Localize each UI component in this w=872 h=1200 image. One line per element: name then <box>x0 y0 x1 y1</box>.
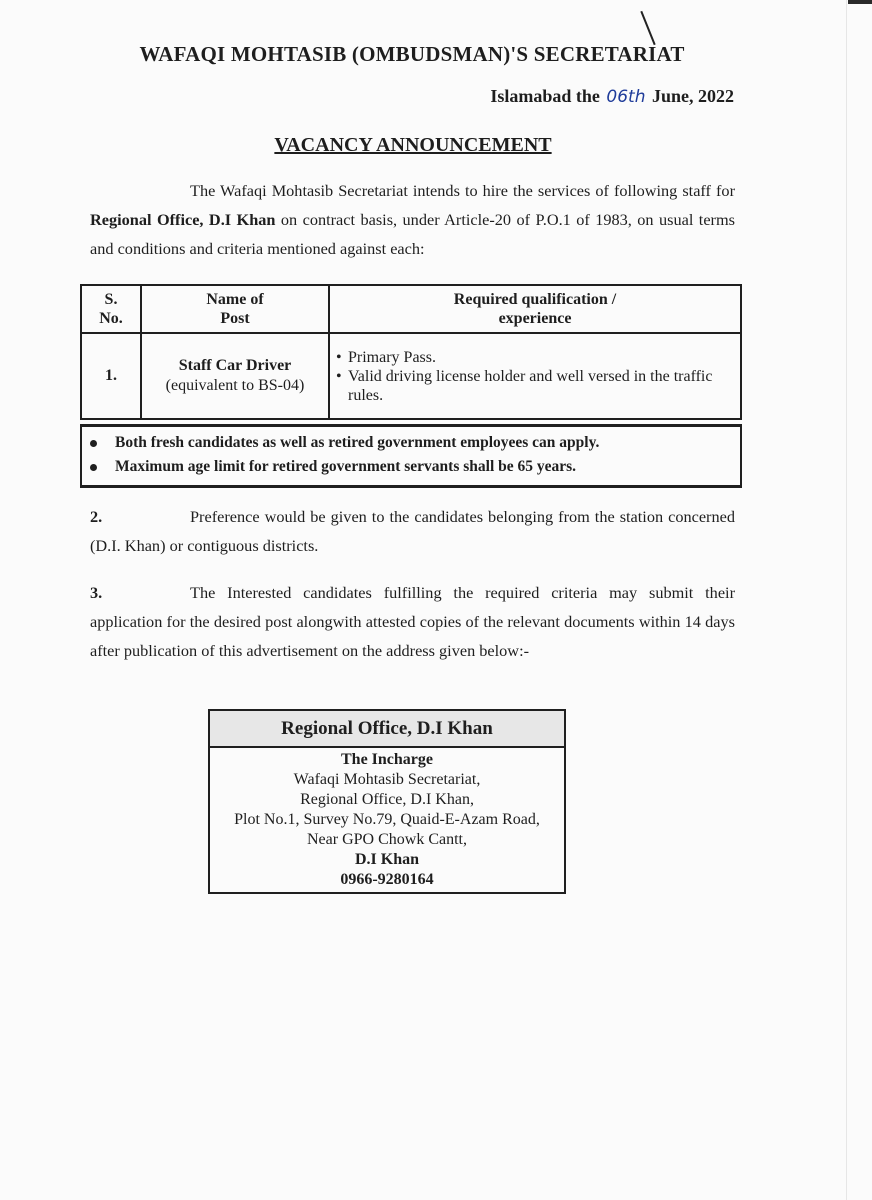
cell-sno: 1. <box>81 333 141 419</box>
address-city: D.I Khan <box>210 850 564 870</box>
bullet-icon: • <box>336 367 348 405</box>
paragraph-3: 3.The Interested candidates fulfilling t… <box>90 578 735 665</box>
table-row: 1. Staff Car Driver (equivalent to BS-04… <box>81 333 741 419</box>
cell-post: Staff Car Driver (equivalent to BS-04) <box>141 333 329 419</box>
eligibility-notes: Both fresh candidates as well as retired… <box>80 424 742 488</box>
paragraph-number: 3. <box>90 578 190 607</box>
handwritten-day: 06th <box>606 87 645 107</box>
address-heading: Regional Office, D.I Khan <box>210 711 564 748</box>
qualification-item: • Valid driving license holder and well … <box>336 367 739 405</box>
document-title: WAFAQI MOHTASIB (OMBUDSMAN)'S SECRETARIA… <box>0 42 872 67</box>
cell-qualification: • Primary Pass. • Valid driving license … <box>329 333 741 419</box>
note-item: Both fresh candidates as well as retired… <box>90 434 599 452</box>
qualification-item: • Primary Pass. <box>336 348 739 367</box>
dateline: Islamabad the 06th June, 2022 <box>490 86 734 107</box>
note-item: Maximum age limit for retired government… <box>90 458 576 476</box>
vacancy-table: S. No. Name of Post Required qualificati… <box>80 284 742 420</box>
address-box: Regional Office, D.I Khan The Incharge W… <box>208 709 566 894</box>
dateline-prefix: Islamabad the <box>490 86 600 106</box>
paragraph-number: 2. <box>90 502 190 531</box>
page-edge <box>846 0 847 1200</box>
intro-paragraph: The Wafaqi Mohtasib Secretariat intends … <box>90 176 735 263</box>
address-line: Regional Office, D.I Khan, <box>210 790 564 810</box>
address-phone: 0966-9280164 <box>210 870 564 890</box>
address-line: Near GPO Chowk Cantt, <box>210 830 564 850</box>
header-sno: S. No. <box>81 285 141 333</box>
header-qualification: Required qualification / experience <box>329 285 741 333</box>
bullet-icon <box>90 464 97 471</box>
paragraph-2: 2.Preference would be given to the candi… <box>90 502 735 560</box>
dateline-suffix: June, 2022 <box>652 86 734 106</box>
header-post: Name of Post <box>141 285 329 333</box>
announcement-heading: VACANCY ANNOUNCEMENT <box>0 134 826 157</box>
scanned-page: WAFAQI MOHTASIB (OMBUDSMAN)'S SECRETARIA… <box>0 0 872 1200</box>
table-header-row: S. No. Name of Post Required qualificati… <box>81 285 741 333</box>
post-title: Staff Car Driver <box>143 356 327 376</box>
pen-mark <box>640 11 655 45</box>
addressee: The Incharge <box>210 750 564 770</box>
address-line: Plot No.1, Survey No.79, Quaid-E-Azam Ro… <box>210 810 564 830</box>
scan-border <box>848 0 872 4</box>
post-grade: (equivalent to BS-04) <box>166 377 305 394</box>
intro-office: Regional Office, D.I Khan <box>90 210 275 229</box>
address-line: Wafaqi Mohtasib Secretariat, <box>210 770 564 790</box>
address-body: The Incharge Wafaqi Mohtasib Secretariat… <box>210 748 564 892</box>
intro-text-1: The Wafaqi Mohtasib Secretariat intends … <box>190 181 735 200</box>
bullet-icon <box>90 440 97 447</box>
bullet-icon: • <box>336 348 348 367</box>
